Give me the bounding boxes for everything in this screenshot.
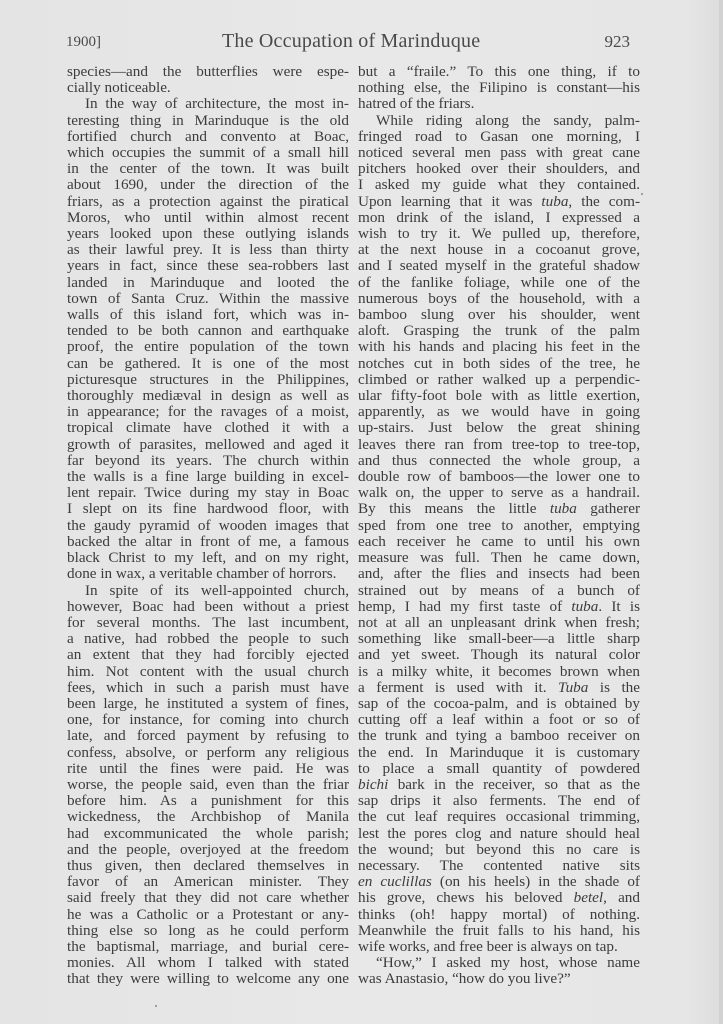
text-line: strained out by means of a bunch of xyxy=(358,583,640,599)
text-line: wife works, and free beer is always on t… xyxy=(358,939,640,955)
text-line: walls of this island fort, which was in- xyxy=(67,307,349,323)
text-line: In spite of its well-appointed church, xyxy=(67,583,349,599)
text-line: climbed or rather walked up a perpendic- xyxy=(358,372,640,388)
text-line: tropical climate have clothed it with a xyxy=(67,420,349,436)
text-line: a ferment is used with it. Tuba is the xyxy=(358,680,640,696)
text-line: for several months. The last incumbent, xyxy=(67,615,349,631)
text-line: said freely that they did not care wheth… xyxy=(67,890,349,906)
text-line: not at all an unpleasant drink when fres… xyxy=(358,615,640,631)
text-line: in appearance; for the ravages of a mois… xyxy=(67,404,349,420)
text-line: In the way of architecture, the most in- xyxy=(67,96,349,112)
paper-speck xyxy=(155,1005,157,1007)
text-line: and I seated myself in the grateful shad… xyxy=(358,258,640,274)
text-line: lest the pores clog and nature should he… xyxy=(358,826,640,842)
text-line: in the center of the town. It was built xyxy=(67,161,349,177)
text-line: was Anastasio, “how do you live?” xyxy=(358,971,640,987)
text-line: Upon learning that it was tuba, the com- xyxy=(358,194,640,210)
text-line: fees, which in such a parish must have xyxy=(67,680,349,696)
text-line: picturesque structures in the Philippine… xyxy=(67,372,349,388)
text-line: late, and forced payment by refusing to xyxy=(67,728,349,744)
text-line: fringed road to Gasan one morning, I xyxy=(358,129,640,145)
text-line: sap of the cocoa-palm, and is obtained b… xyxy=(358,696,640,712)
text-line: fortified church and convento at Boac, xyxy=(67,129,349,145)
text-line: species—and the butterflies were espe- xyxy=(67,64,349,80)
text-line: ular fifty-foot bole with as little exer… xyxy=(358,388,640,404)
text-line: bamboo slung over his shoulder, went xyxy=(358,307,640,323)
text-line: pitchers hooked over their shoulders, an… xyxy=(358,161,640,177)
page-number: 923 xyxy=(605,32,631,52)
text-line: town of Santa Cruz. Within the massive xyxy=(67,291,349,307)
text-line: of the fanlike foliage, while one of the xyxy=(358,275,640,291)
text-line: the wound; but beyond this no care is xyxy=(358,842,640,858)
text-line: tended to be both cannon and earthquake xyxy=(67,323,349,339)
text-line: one, for instance, for coming into churc… xyxy=(67,712,349,728)
text-line: wickedness, the Archbishop of Manila xyxy=(67,809,349,825)
text-line: cutting off a leaf within a foot or so o… xyxy=(358,712,640,728)
text-line: landed in Marinduque and looted the xyxy=(67,275,349,291)
text-line: necessary. The contented native sits xyxy=(358,858,640,874)
text-line: I asked my guide what they contained. xyxy=(358,177,640,193)
text-line: and the people, overjoyed at the freedom xyxy=(67,842,349,858)
text-line: backed the altar in front of me, a famou… xyxy=(67,534,349,550)
text-line: with his hands and placing his feet in t… xyxy=(358,339,640,355)
text-line: measure was full. Then he came down, xyxy=(358,550,640,566)
text-line: the walls is a fine large building in ex… xyxy=(67,469,349,485)
text-line: at the next house in a cocoanut grove, xyxy=(358,242,640,258)
left-column: species—and the butterflies were espe-ci… xyxy=(67,64,349,988)
text-line: a native, had robbed the people to such xyxy=(67,631,349,647)
text-line: the trunk and tying a bamboo receiver on xyxy=(358,728,640,744)
text-line: By this means the little tuba gatherer xyxy=(358,501,640,517)
text-line: mon drink of the island, I expressed a xyxy=(358,210,640,226)
text-line: confess, absolve, or perform any religio… xyxy=(67,745,349,761)
text-line: worse, the people said, even than the fr… xyxy=(67,777,349,793)
text-line: the cut leaf requires occasional trimmin… xyxy=(358,809,640,825)
text-line: and thus connected the whole group, a xyxy=(358,453,640,469)
running-header: 1900] The Occupation of Marinduque 923 xyxy=(66,30,640,58)
text-line: numerous boys of the household, with a xyxy=(358,291,640,307)
text-line: him. Not content with the usual church xyxy=(67,664,349,680)
text-line: before him. As a punishment for this xyxy=(67,793,349,809)
header-year: 1900] xyxy=(66,34,101,51)
text-line: hatred of the friars. xyxy=(358,96,640,112)
text-line: apparently, as we would have in going xyxy=(358,404,640,420)
text-line: the baptismal, marriage, and burial cere… xyxy=(67,939,349,955)
text-line: an extent that they had forcibly ejected xyxy=(67,647,349,663)
right-column: but a “fraile.” To this one thing, if to… xyxy=(358,64,640,988)
text-line: the end. In Marinduque it is customary xyxy=(358,745,640,761)
text-line: growth of parasites, mellowed and aged i… xyxy=(67,437,349,453)
text-line: Meanwhile the fruit falls to his hand, h… xyxy=(358,923,640,939)
text-line: teresting thing in Marinduque is the old xyxy=(67,113,349,129)
text-line: en cuclillas (on his heels) in the shade… xyxy=(358,874,640,890)
text-line: nothing else, the Filipino is constant—h… xyxy=(358,80,640,96)
text-line: leaves there ran from tree-top to tree-t… xyxy=(358,437,640,453)
text-line: his grove, chews his beloved betel, and xyxy=(358,890,640,906)
text-line: done in wax, a veritable chamber of horr… xyxy=(67,566,349,582)
text-line: thinks (oh! happy mortal) of nothing. xyxy=(358,907,640,923)
text-line: that they were willing to welcome any on… xyxy=(67,971,349,987)
text-line: something like small-beer—a little sharp xyxy=(358,631,640,647)
text-line: about 1690, under the direction of the xyxy=(67,177,349,193)
text-line: While riding along the sandy, palm- xyxy=(358,113,640,129)
book-page: 1900] The Occupation of Marinduque 923 s… xyxy=(0,0,723,1024)
text-line: thus given, then declared themselves in xyxy=(67,858,349,874)
text-line: double row of bamboos—the lower one to xyxy=(358,469,640,485)
paper-speck xyxy=(641,193,643,195)
text-line: been large, he instituted a system of fi… xyxy=(67,696,349,712)
text-line: monies. All whom I talked with stated xyxy=(67,955,349,971)
text-line: cially noticeable. xyxy=(67,80,349,96)
text-line: far beyond its years. The church within xyxy=(67,453,349,469)
text-line: which occupies the summit of a small hil… xyxy=(67,145,349,161)
text-line: years in fact, since these sea-robbers l… xyxy=(67,258,349,274)
text-line: the gaudy pyramid of wooden images that xyxy=(67,518,349,534)
text-line: hemp, I had my first taste of tuba. It i… xyxy=(358,599,640,615)
text-line: to place a small quantity of powdered xyxy=(358,761,640,777)
text-line: notches cut in both sides of the tree, h… xyxy=(358,356,640,372)
text-line: he was a Catholic or a Protestant or any… xyxy=(67,907,349,923)
text-line: aloft. Grasping the trunk of the palm xyxy=(358,323,640,339)
text-line: thoroughly mediæval in design as well as xyxy=(67,388,349,404)
text-line: and, after the flies and insects had bee… xyxy=(358,566,640,582)
text-line: bichi bark in the receiver, so that as t… xyxy=(358,777,640,793)
text-line: but a “fraile.” To this one thing, if to xyxy=(358,64,640,80)
text-line: rite until the fines were paid. He was xyxy=(67,761,349,777)
text-line: can be gathered. It is one of the most xyxy=(67,356,349,372)
text-line: noticed several men pass with great cane xyxy=(358,145,640,161)
text-line: wish to try it. We pulled up, therefore, xyxy=(358,226,640,242)
text-line: years looked upon these outlying islands xyxy=(67,226,349,242)
text-line: had excommunicated the whole parish; xyxy=(67,826,349,842)
text-line: friars, as a protection against the pira… xyxy=(67,194,349,210)
text-line: Moros, who until within almost recent xyxy=(67,210,349,226)
text-line: walk on, the upper to serve as a handrai… xyxy=(358,485,640,501)
text-line: as their lawful prey. It is less than th… xyxy=(67,242,349,258)
text-line: black Christ to my left, and on my right… xyxy=(67,550,349,566)
page-edge xyxy=(719,0,723,1024)
text-line: proof, the entire population of the town xyxy=(67,339,349,355)
page-title: The Occupation of Marinduque xyxy=(222,30,480,53)
text-line: I slept on its fine hardwood floor, with xyxy=(67,501,349,517)
text-line: lent repair. Twice during my stay in Boa… xyxy=(67,485,349,501)
text-line: “How,” I asked my host, whose name xyxy=(358,955,640,971)
text-line: however, Boac had been without a priest xyxy=(67,599,349,615)
text-line: thing else so long as he could perform xyxy=(67,923,349,939)
text-line: favor of an American minister. They xyxy=(67,874,349,890)
text-line: sped from one tree to another, emptying xyxy=(358,518,640,534)
text-line: each receiver he came to until his own xyxy=(358,534,640,550)
text-line: and yet sweet. Though its natural color xyxy=(358,647,640,663)
text-line: sap drips it also ferments. The end of xyxy=(358,793,640,809)
text-line: up-stairs. Just below the great shining xyxy=(358,420,640,436)
text-line: is a milky white, it becomes brown when xyxy=(358,664,640,680)
